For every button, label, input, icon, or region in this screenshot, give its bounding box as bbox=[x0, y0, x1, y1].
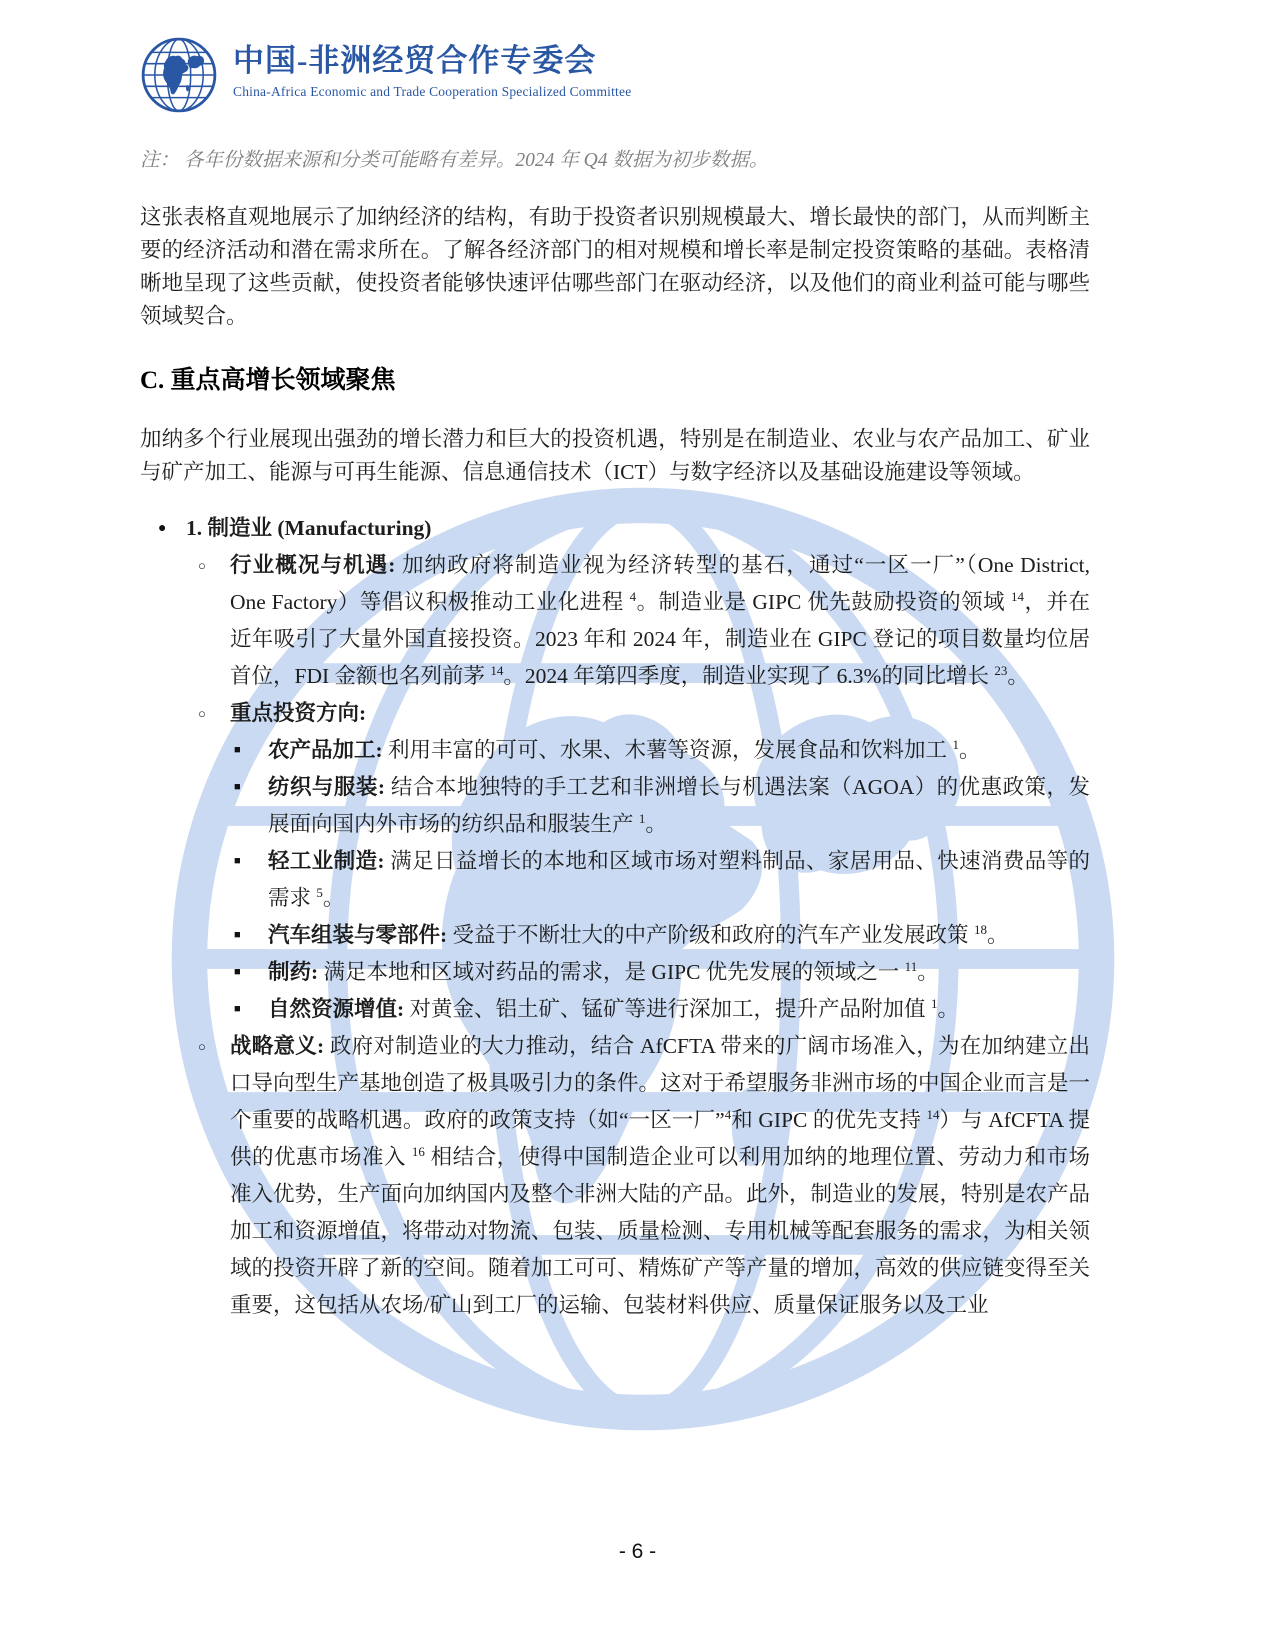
pharma-text: 制药: 满足本地和区域对药品的需求，是 GIPC 优先发展的领域之一 11。 bbox=[268, 954, 1090, 991]
resource-value-text: 自然资源增值: 对黄金、铝土矿、锰矿等进行深加工，提升产品附加值 1。 bbox=[268, 991, 1090, 1028]
directions-label: 重点投资方向: bbox=[230, 695, 1090, 732]
section-heading: C. 重点高增长领域聚焦 bbox=[140, 366, 1090, 396]
strategy-text: 战略意义: 政府对制造业的大力推动，结合 AfCFTA 带来的广阔市场准入，为在… bbox=[230, 1028, 1090, 1324]
bullet-square-icon: ■ bbox=[234, 991, 268, 1028]
automotive-text: 汽车组装与零部件: 受益于不断壮大的中产阶级和政府的汽车产业发展政策 18。 bbox=[268, 917, 1090, 954]
manufacturing-title: 1. 制造业 (Manufacturing) bbox=[186, 510, 1090, 547]
organization-title: 中国-非洲经贸合作专委会 bbox=[233, 44, 631, 78]
overview-text: 行业概况与机遇: 加纳政府将制造业视为经济转型的基石，通过“一区一厂”（One … bbox=[230, 547, 1090, 695]
list-item-textiles: ■ 纺织与服装: 结合本地独特的手工艺和非洲增长与机遇法案（AGOA）的优惠政策… bbox=[230, 769, 1090, 843]
light-industry-text: 轻工业制造: 满足日益增长的本地和区域市场对塑料制品、家居用品、快速消费品等的需… bbox=[268, 843, 1090, 917]
bullet-disc-icon: ● bbox=[158, 510, 186, 547]
header-text: 中国-非洲经贸合作专委会 China-Africa Economic and T… bbox=[233, 36, 631, 100]
organization-subtitle: China-Africa Economic and Trade Cooperat… bbox=[233, 84, 631, 100]
intro-paragraph: 这张表格直观地展示了加纳经济的结构，有助于投资者识别规模最大、增长最快的部门，从… bbox=[140, 201, 1090, 333]
bullet-square-icon: ■ bbox=[234, 769, 268, 806]
bullet-square-icon: ■ bbox=[234, 843, 268, 880]
list-item-automotive: ■ 汽车组装与零部件: 受益于不断壮大的中产阶级和政府的汽车产业发展政策 18。 bbox=[230, 917, 1090, 954]
agro-processing-text: 农产品加工: 利用丰富的可可、水果、木薯等资源，发展食品和饮料加工 1。 bbox=[268, 732, 1090, 769]
list-item-overview: ○ 行业概况与机遇: 加纳政府将制造业视为经济转型的基石，通过“一区一厂”（On… bbox=[186, 547, 1090, 695]
bullet-square-icon: ■ bbox=[234, 954, 268, 991]
data-note: 注： 各年份数据来源和分类可能略有差异。2024 年 Q4 数据为初步数据。 bbox=[140, 148, 1090, 174]
bullet-square-icon: ■ bbox=[234, 917, 268, 954]
list-item-pharma: ■ 制药: 满足本地和区域对药品的需求，是 GIPC 优先发展的领域之一 11。 bbox=[230, 954, 1090, 991]
globe-africa-china-icon bbox=[140, 36, 218, 114]
bullet-circle-icon: ○ bbox=[198, 695, 230, 732]
bullet-circle-icon: ○ bbox=[198, 547, 230, 584]
sector-list: ● 1. 制造业 (Manufacturing) ○ 行业概况与机遇: 加纳政府… bbox=[140, 510, 1090, 1324]
list-item-manufacturing: ● 1. 制造业 (Manufacturing) ○ 行业概况与机遇: 加纳政府… bbox=[140, 510, 1090, 1324]
list-item-directions: ○ 重点投资方向: ■ 农产品加工: 利用丰富的可可、水果、木薯等资源，发展食品… bbox=[186, 695, 1090, 1028]
bullet-circle-icon: ○ bbox=[198, 1028, 230, 1065]
page-number: - 6 - bbox=[0, 1540, 1275, 1564]
textiles-text: 纺织与服装: 结合本地独特的手工艺和非洲增长与机遇法案（AGOA）的优惠政策，发… bbox=[268, 769, 1090, 843]
list-item-light-industry: ■ 轻工业制造: 满足日益增长的本地和区域市场对塑料制品、家居用品、快速消费品等… bbox=[230, 843, 1090, 917]
document-page: 中国-非洲经贸合作专委会 China-Africa Economic and T… bbox=[0, 0, 1275, 1650]
section-intro-paragraph: 加纳多个行业展现出强劲的增长潜力和巨大的投资机遇，特别是在制造业、农业与农产品加… bbox=[140, 423, 1090, 489]
document-header: 中国-非洲经贸合作专委会 China-Africa Economic and T… bbox=[140, 36, 631, 114]
document-body: 注： 各年份数据来源和分类可能略有差异。2024 年 Q4 数据为初步数据。 这… bbox=[140, 140, 1090, 1324]
list-item-resource-value: ■ 自然资源增值: 对黄金、铝土矿、锰矿等进行深加工，提升产品附加值 1。 bbox=[230, 991, 1090, 1028]
bullet-square-icon: ■ bbox=[234, 732, 268, 769]
list-item-agro-processing: ■ 农产品加工: 利用丰富的可可、水果、木薯等资源，发展食品和饮料加工 1。 bbox=[230, 732, 1090, 769]
list-item-strategy: ○ 战略意义: 政府对制造业的大力推动，结合 AfCFTA 带来的广阔市场准入，… bbox=[186, 1028, 1090, 1324]
